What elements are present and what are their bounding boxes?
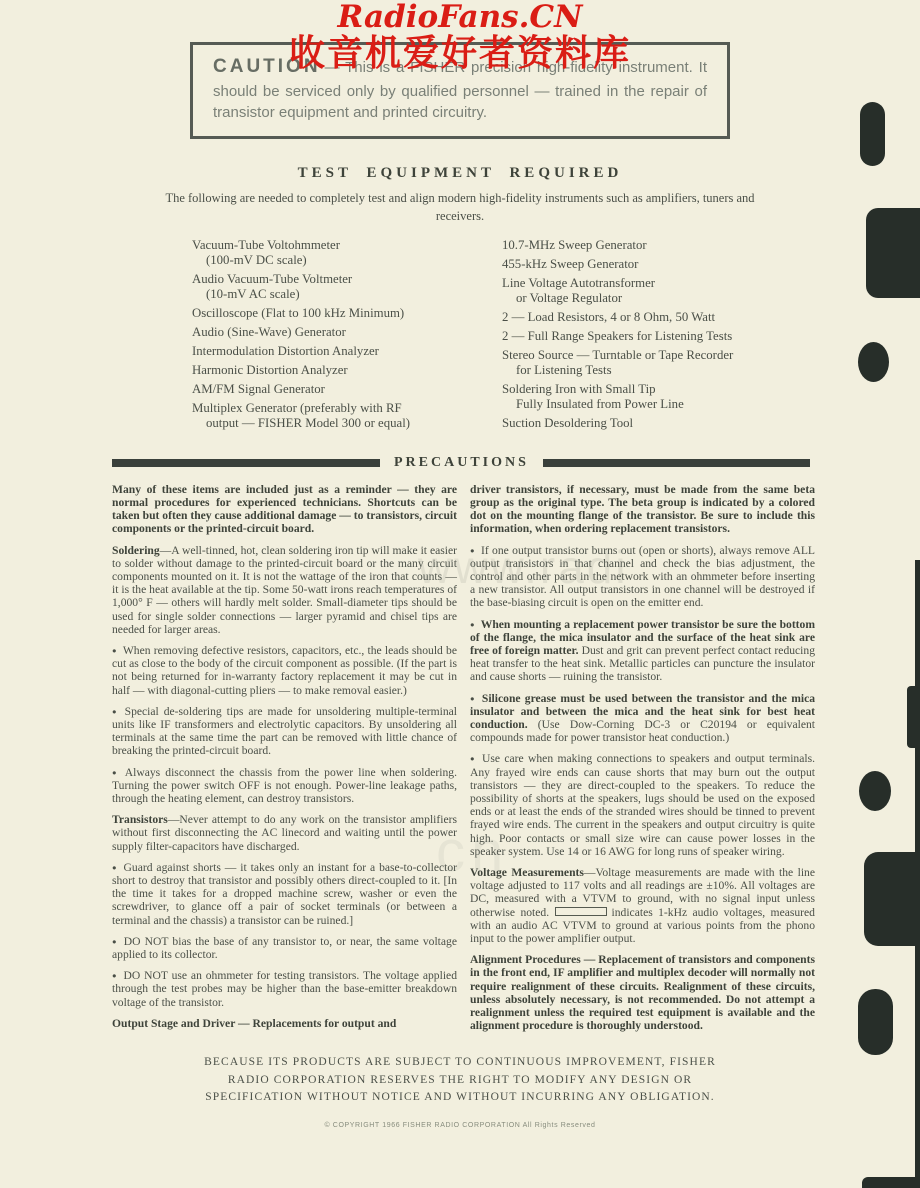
header-bar-left — [112, 459, 380, 467]
binder-tab — [866, 208, 920, 298]
equipment-item: Multiplex Generator (preferably with RF … — [192, 401, 492, 431]
test-equipment-intro: The following are needed to completely t… — [160, 189, 760, 227]
precaution-paragraph: Many of these items are included just as… — [112, 483, 457, 536]
manual-page: RadioFans.CN 收音机爱好者资料库 www.radi cn CAUTI… — [0, 0, 920, 1188]
equipment-item: 455-kHz Sweep Generator — [502, 257, 832, 272]
improvement-notice: BECAUSE ITS PRODUCTS ARE SUBJECT TO CONT… — [190, 1054, 730, 1106]
equipment-line: for Listening Tests — [502, 363, 832, 378]
equipment-item: Harmonic Distortion Analyzer — [192, 363, 492, 378]
equipment-item: AM/FM Signal Generator — [192, 382, 492, 397]
test-equipment-lists: Vacuum-Tube Voltohmmeter (100-mV DC scal… — [0, 226, 920, 435]
equipment-item: Soldering Iron with Small Tip Fully Insu… — [502, 382, 832, 412]
binder-tab — [864, 852, 920, 946]
precaution-paragraph: Silicone grease must be used between the… — [470, 692, 815, 745]
equipment-item: Intermodulation Distortion Analyzer — [192, 344, 492, 359]
equipment-item: Stereo Source — Turntable or Tape Record… — [502, 348, 832, 378]
paragraph-text: Guard against shorts — it takes only an … — [112, 861, 457, 927]
equipment-line: Audio (Sine-Wave) Generator — [192, 325, 492, 340]
paragraph-text: Output Stage and Driver — Replacements f… — [112, 1017, 396, 1030]
precaution-paragraph: DO NOT use an ohmmeter for testing trans… — [112, 969, 457, 1009]
paragraph-lead: Voltage Measurements — [470, 866, 584, 879]
equipment-line: Soldering Iron with Small Tip — [502, 382, 832, 397]
paragraph-lead: Transistors — [112, 813, 168, 826]
header-bar-right — [543, 459, 810, 467]
precaution-paragraph: Use care when making connections to spea… — [470, 752, 815, 858]
equipment-line: Intermodulation Distortion Analyzer — [192, 344, 492, 359]
paragraph-text: —A well-tinned, hot, clean soldering iro… — [112, 544, 457, 636]
equipment-item: 2 — Full Range Speakers for Listening Te… — [502, 329, 832, 344]
precaution-paragraph: When mounting a replacement power transi… — [470, 618, 815, 684]
precautions-header: PRECAUTIONS — [112, 455, 810, 471]
paragraph-text: When removing defective resistors, capac… — [112, 644, 457, 697]
punch-hole — [859, 771, 891, 811]
precautions-column-right: driver transistors, if necessary, must b… — [470, 483, 815, 1041]
equipment-line: Multiplex Generator (preferably with RF — [192, 401, 492, 416]
paragraph-text: Alignment Procedures — Replacement of tr… — [470, 953, 815, 1032]
equipment-line: AM/FM Signal Generator — [192, 382, 492, 397]
equipment-item: Audio Vacuum-Tube Voltmeter (10-mV AC sc… — [192, 272, 492, 302]
paragraph-text: Many of these items are included just as… — [112, 483, 457, 536]
equipment-item: Audio (Sine-Wave) Generator — [192, 325, 492, 340]
equipment-line: Line Voltage Autotransformer — [502, 276, 832, 291]
equipment-column-right: 10.7-MHz Sweep Generator 455-kHz Sweep G… — [502, 238, 832, 435]
equipment-line: Harmonic Distortion Analyzer — [192, 363, 492, 378]
caution-label: CAUTION — [213, 56, 321, 77]
equipment-item: Line Voltage Autotransformer or Voltage … — [502, 276, 832, 306]
equipment-item: Vacuum-Tube Voltohmmeter (100-mV DC scal… — [192, 238, 492, 268]
equipment-item: 10.7-MHz Sweep Generator — [502, 238, 832, 253]
paragraph-text: Always disconnect the chassis from the p… — [112, 766, 457, 805]
precaution-paragraph: If one output transistor burns out (open… — [470, 544, 815, 610]
precaution-paragraph: When removing defective resistors, capac… — [112, 644, 457, 697]
equipment-line: 455-kHz Sweep Generator — [502, 257, 832, 272]
equipment-line: 10.7-MHz Sweep Generator — [502, 238, 832, 253]
caution-box: CAUTION— This is a FISHER precision high… — [190, 42, 730, 139]
equipment-line: (100-mV DC scale) — [192, 253, 492, 268]
equipment-line: Suction Desoldering Tool — [502, 416, 832, 431]
punch-hole — [858, 342, 889, 382]
paragraph-text: DO NOT use an ohmmeter for testing trans… — [112, 969, 457, 1008]
precautions-column-left: Many of these items are included just as… — [112, 483, 457, 1041]
equipment-line: or Voltage Regulator — [502, 291, 832, 306]
paragraph-text: If one output transistor burns out (open… — [470, 544, 815, 610]
binder-tab — [907, 686, 920, 748]
copyright-line: © COPYRIGHT 1966 FISHER RADIO CORPORATIO… — [0, 1122, 920, 1129]
equipment-column-left: Vacuum-Tube Voltohmmeter (100-mV DC scal… — [192, 238, 492, 435]
equipment-line: Audio Vacuum-Tube Voltmeter — [192, 272, 492, 287]
precautions-title: PRECAUTIONS — [380, 455, 543, 471]
paragraph-text: Special de-soldering tips are made for u… — [112, 705, 457, 758]
paragraph-text: Use care when making connections to spea… — [470, 752, 815, 857]
page-edge-strip — [862, 1177, 920, 1188]
paragraph-text: driver transistors, if necessary, must b… — [470, 483, 815, 536]
equipment-line: Oscilloscope (Flat to 100 kHz Minimum) — [192, 306, 492, 321]
precautions-body: Many of these items are included just as… — [0, 471, 920, 1041]
precaution-paragraph: Output Stage and Driver — Replacements f… — [112, 1017, 457, 1030]
equipment-line: (10-mV AC scale) — [192, 287, 492, 302]
punch-hole — [860, 102, 885, 166]
equipment-line: Fully Insulated from Power Line — [502, 397, 832, 412]
paragraph-lead: Soldering — [112, 544, 160, 557]
paragraph-text: DO NOT bias the base of any transistor t… — [112, 935, 457, 961]
precaution-paragraph-voltage: Voltage Measurements—Voltage measurement… — [470, 866, 815, 945]
equipment-item: 2 — Load Resistors, 4 or 8 Ohm, 50 Watt — [502, 310, 832, 325]
audio-voltage-box-icon — [555, 907, 607, 916]
precaution-paragraph: Transistors—Never attempt to do any work… — [112, 813, 457, 853]
equipment-line: Vacuum-Tube Voltohmmeter — [192, 238, 492, 253]
punch-hole — [858, 989, 893, 1055]
precaution-paragraph: Special de-soldering tips are made for u… — [112, 705, 457, 758]
precaution-paragraph: DO NOT bias the base of any transistor t… — [112, 935, 457, 961]
watermark-site-text: RadioFans.CN — [0, 0, 920, 34]
precaution-paragraph: Alignment Procedures — Replacement of tr… — [470, 953, 815, 1032]
equipment-line: 2 — Load Resistors, 4 or 8 Ohm, 50 Watt — [502, 310, 832, 325]
equipment-line: output — FISHER Model 300 or equal) — [192, 416, 492, 431]
precaution-paragraph: driver transistors, if necessary, must b… — [470, 483, 815, 536]
equipment-line: Stereo Source — Turntable or Tape Record… — [502, 348, 832, 363]
equipment-item: Oscilloscope (Flat to 100 kHz Minimum) — [192, 306, 492, 321]
precaution-paragraph: Guard against shorts — it takes only an … — [112, 861, 457, 927]
test-equipment-title: TEST EQUIPMENT REQUIRED — [0, 165, 920, 182]
precaution-paragraph: Always disconnect the chassis from the p… — [112, 766, 457, 806]
equipment-line: 2 — Full Range Speakers for Listening Te… — [502, 329, 832, 344]
precaution-paragraph: Soldering—A well-tinned, hot, clean sold… — [112, 544, 457, 636]
equipment-item: Suction Desoldering Tool — [502, 416, 832, 431]
